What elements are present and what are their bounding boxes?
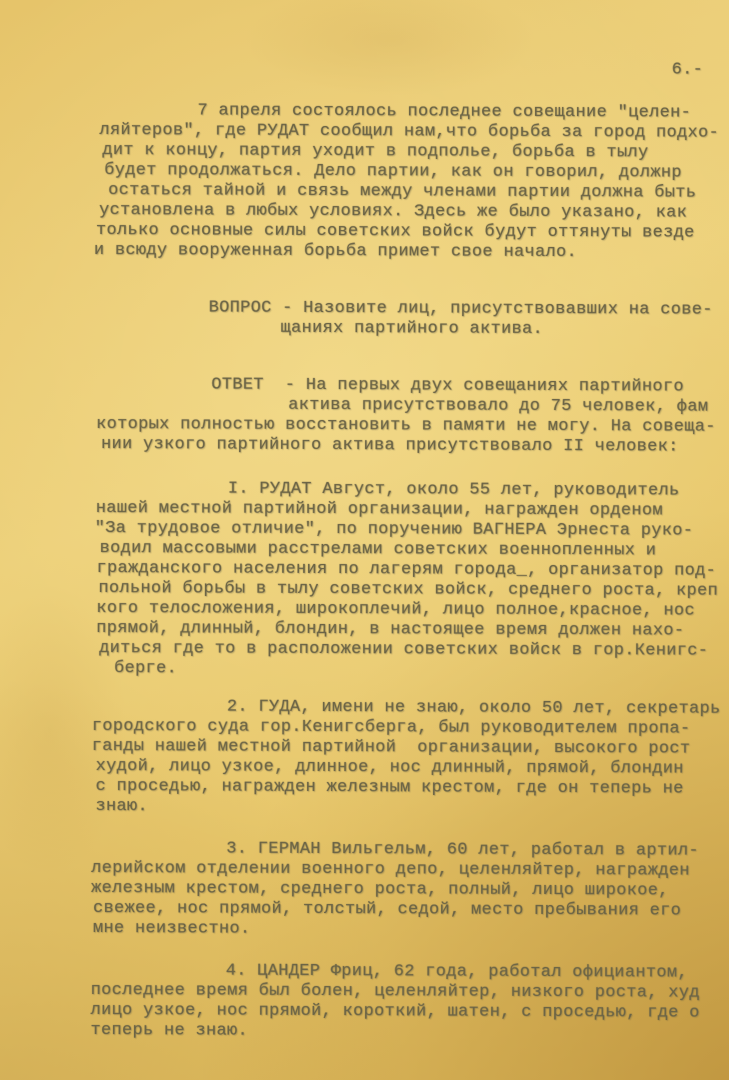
text-line: мне неизвестно. xyxy=(93,919,729,942)
text-line: 2. ГУДА, имени не знаю, около 50 лет, се… xyxy=(227,698,729,720)
text-line: берге. xyxy=(114,659,729,682)
text-line: диться где то в расположении советских в… xyxy=(99,639,729,662)
text-line: с проседью, награжден железным крестом, … xyxy=(96,777,729,800)
intro-paragraph: 7 апреля состоялось последнее совещание … xyxy=(94,101,729,264)
question-line: ВОПРОС - Назовите лиц, присутствовавших … xyxy=(209,298,729,320)
person-entry-3: 3. ГЕРМАН Вильгельм, 60 лет, работал в а… xyxy=(91,839,729,942)
text-line: и всюду вооруженная борьба примет свое н… xyxy=(94,241,729,264)
text-line: знаю. xyxy=(95,797,729,820)
answer-line: ОТВЕТ - На первых двух совещаниях партий… xyxy=(211,376,729,398)
person-entry-1: I. РУДАТ Август, около 55 лет, руководит… xyxy=(92,479,729,682)
person-entry-2: 2. ГУДА, имени не знаю, около 50 лет, се… xyxy=(91,697,729,820)
text-line: остаться тайной и связь между членами па… xyxy=(108,181,729,204)
text-line: будет продолжаться. Дело партии, как он … xyxy=(104,161,729,184)
scanned-document-page: 6.- 7 апреля состоялось последнее совеща… xyxy=(0,0,729,1080)
typewritten-text-layer: 6.- 7 апреля состоялось последнее совеща… xyxy=(90,0,729,1080)
text-line: 4. ЦАНДЕР Фриц, 62 года, работал официан… xyxy=(226,962,729,984)
person-entry-4: 4. ЦАНДЕР Фриц, 62 года, работал официан… xyxy=(90,961,729,1044)
text-line: дит к концу, партия уходит в подполье, б… xyxy=(102,141,729,164)
text-line: 3. ГЕРМАН Вильгельм, 60 лет, работал в а… xyxy=(226,840,729,862)
text-line: I. РУДАТ Август, около 55 лет, руководит… xyxy=(228,480,729,502)
text-line: 7 апреля состоялось последнее совещание … xyxy=(197,101,729,123)
text-line: теперь не знаю. xyxy=(90,1021,729,1044)
question-line: щаниях партийного актива. xyxy=(281,319,729,341)
question-block: ВОПРОС - Назовите лиц, присутствовавших … xyxy=(94,298,729,341)
answer-line: нии узкого партийного актива присутствов… xyxy=(101,435,729,458)
answer-block: ОТВЕТ - На первых двух совещаниях партий… xyxy=(93,375,729,458)
answer-line: актива присутствовало до 75 человек, фам xyxy=(288,396,729,418)
page-number: 6.- xyxy=(672,61,704,81)
